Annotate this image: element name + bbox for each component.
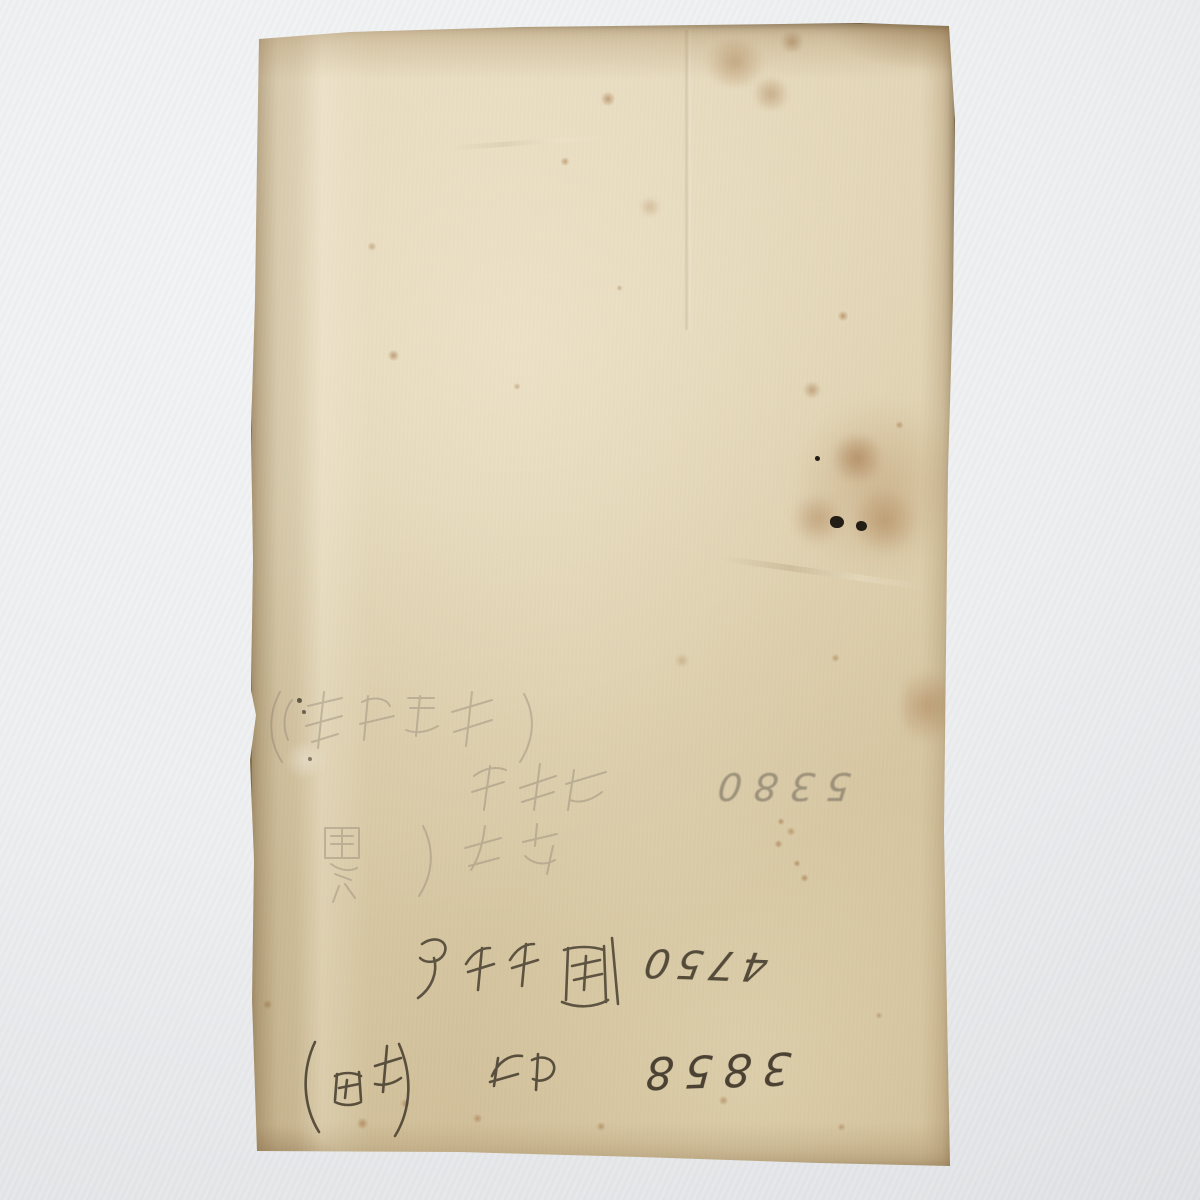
edge-tanning <box>250 22 956 1168</box>
booklet-back-cover: 5380 4750 <box>250 22 956 1168</box>
photo-scene: 5380 4750 <box>0 0 1200 1200</box>
